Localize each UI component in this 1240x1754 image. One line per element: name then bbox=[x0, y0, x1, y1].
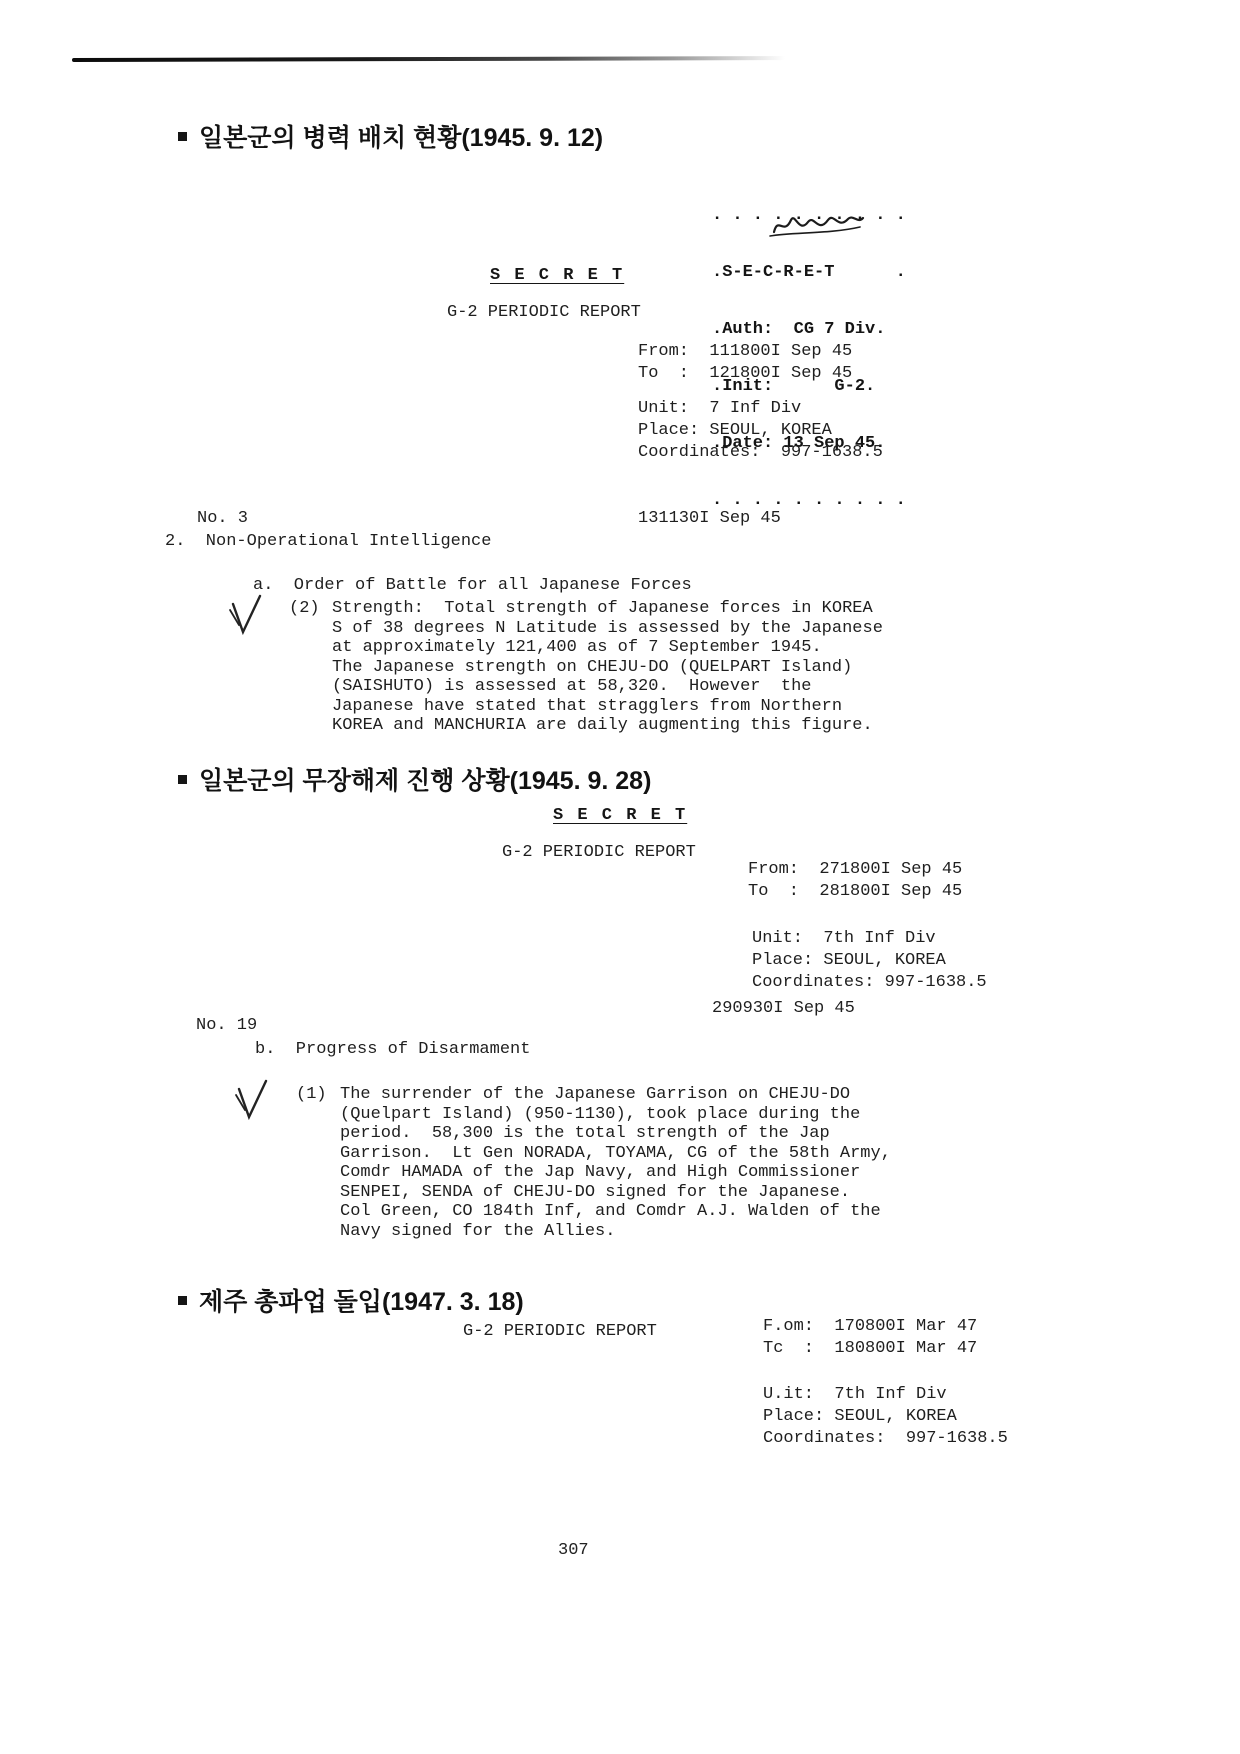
heading-text: 일본군의 병력 배치 현황(1945. 9. 12) bbox=[199, 118, 603, 154]
checkmark-icon bbox=[234, 1077, 270, 1123]
report-period-3: F.om: 170800I Mar 47 Tc : 180800I Mar 47 bbox=[763, 1316, 977, 1360]
sub-item-a: a. Order of Battle for all Japanese Forc… bbox=[253, 576, 692, 596]
report-unit-block-3: U.it: 7th Inf Div Place: SEOUL, KOREA Co… bbox=[763, 1384, 1008, 1450]
report-title-2: G-2 PERIODIC REPORT bbox=[502, 843, 696, 863]
date-time-group-2: 290930I Sep 45 bbox=[712, 999, 855, 1019]
stamp-dots-bottom: . . . . . . . . . . bbox=[712, 491, 906, 510]
item-label-2: (1) bbox=[296, 1085, 327, 1105]
report-number-1: No. 3 bbox=[197, 509, 248, 529]
item-label-1: (2) bbox=[289, 599, 320, 619]
report-title-3: G-2 PERIODIC REPORT bbox=[463, 1322, 657, 1342]
section-heading-2: 일본군의 무장해제 진행 상황(1945. 9. 28) bbox=[178, 761, 651, 797]
heading-text: 일본군의 무장해제 진행 상황(1945. 9. 28) bbox=[199, 761, 651, 797]
sub-item-b: b. Progress of Disarmament bbox=[255, 1040, 530, 1060]
section-heading-3: 제주 총파업 돌입(1947. 3. 18) bbox=[178, 1282, 524, 1318]
report-unit-block-1: Unit: 7 Inf Div Place: SEOUL, KOREA Coor… bbox=[638, 398, 883, 464]
report-period-1: From: 111800I Sep 45 To : 121800I Sep 45 bbox=[638, 341, 852, 385]
classification-banner-2: S E C R E T bbox=[553, 806, 687, 826]
document-page: 일본군의 병력 배치 현황(1945. 9. 12) . . . . . . .… bbox=[0, 0, 1240, 1754]
stamp-auth-line: .Auth: CG 7 Div. bbox=[712, 320, 906, 339]
page-number: 307 bbox=[558, 1541, 589, 1560]
report-unit-block-2: Unit: 7th Inf Div Place: SEOUL, KOREA Co… bbox=[752, 928, 987, 994]
square-bullet-icon bbox=[178, 132, 187, 141]
section-title-1: 2. Non-Operational Intelligence bbox=[165, 532, 491, 552]
section-heading-1: 일본군의 병력 배치 현황(1945. 9. 12) bbox=[178, 118, 603, 154]
report-title-1: G-2 PERIODIC REPORT bbox=[447, 303, 641, 323]
classification-banner-1: S E C R E T bbox=[490, 266, 624, 286]
report-number-2: No. 19 bbox=[196, 1016, 257, 1036]
square-bullet-icon bbox=[178, 1296, 187, 1305]
item-text-1: Strength: Total strength of Japanese for… bbox=[332, 599, 883, 736]
heading-text: 제주 총파업 돌입(1947. 3. 18) bbox=[199, 1282, 524, 1318]
date-time-group-1: 131130I Sep 45 bbox=[638, 509, 781, 529]
report-period-2: From: 271800I Sep 45 To : 281800I Sep 45 bbox=[748, 859, 962, 903]
page-top-rule bbox=[72, 56, 807, 62]
item-text-2: The surrender of the Japanese Garrison o… bbox=[340, 1085, 891, 1241]
square-bullet-icon bbox=[178, 775, 187, 784]
stamp-secret-line: .S-E-C-R-E-T . bbox=[712, 263, 906, 282]
initials-signature bbox=[768, 210, 868, 240]
checkmark-icon bbox=[228, 592, 264, 638]
